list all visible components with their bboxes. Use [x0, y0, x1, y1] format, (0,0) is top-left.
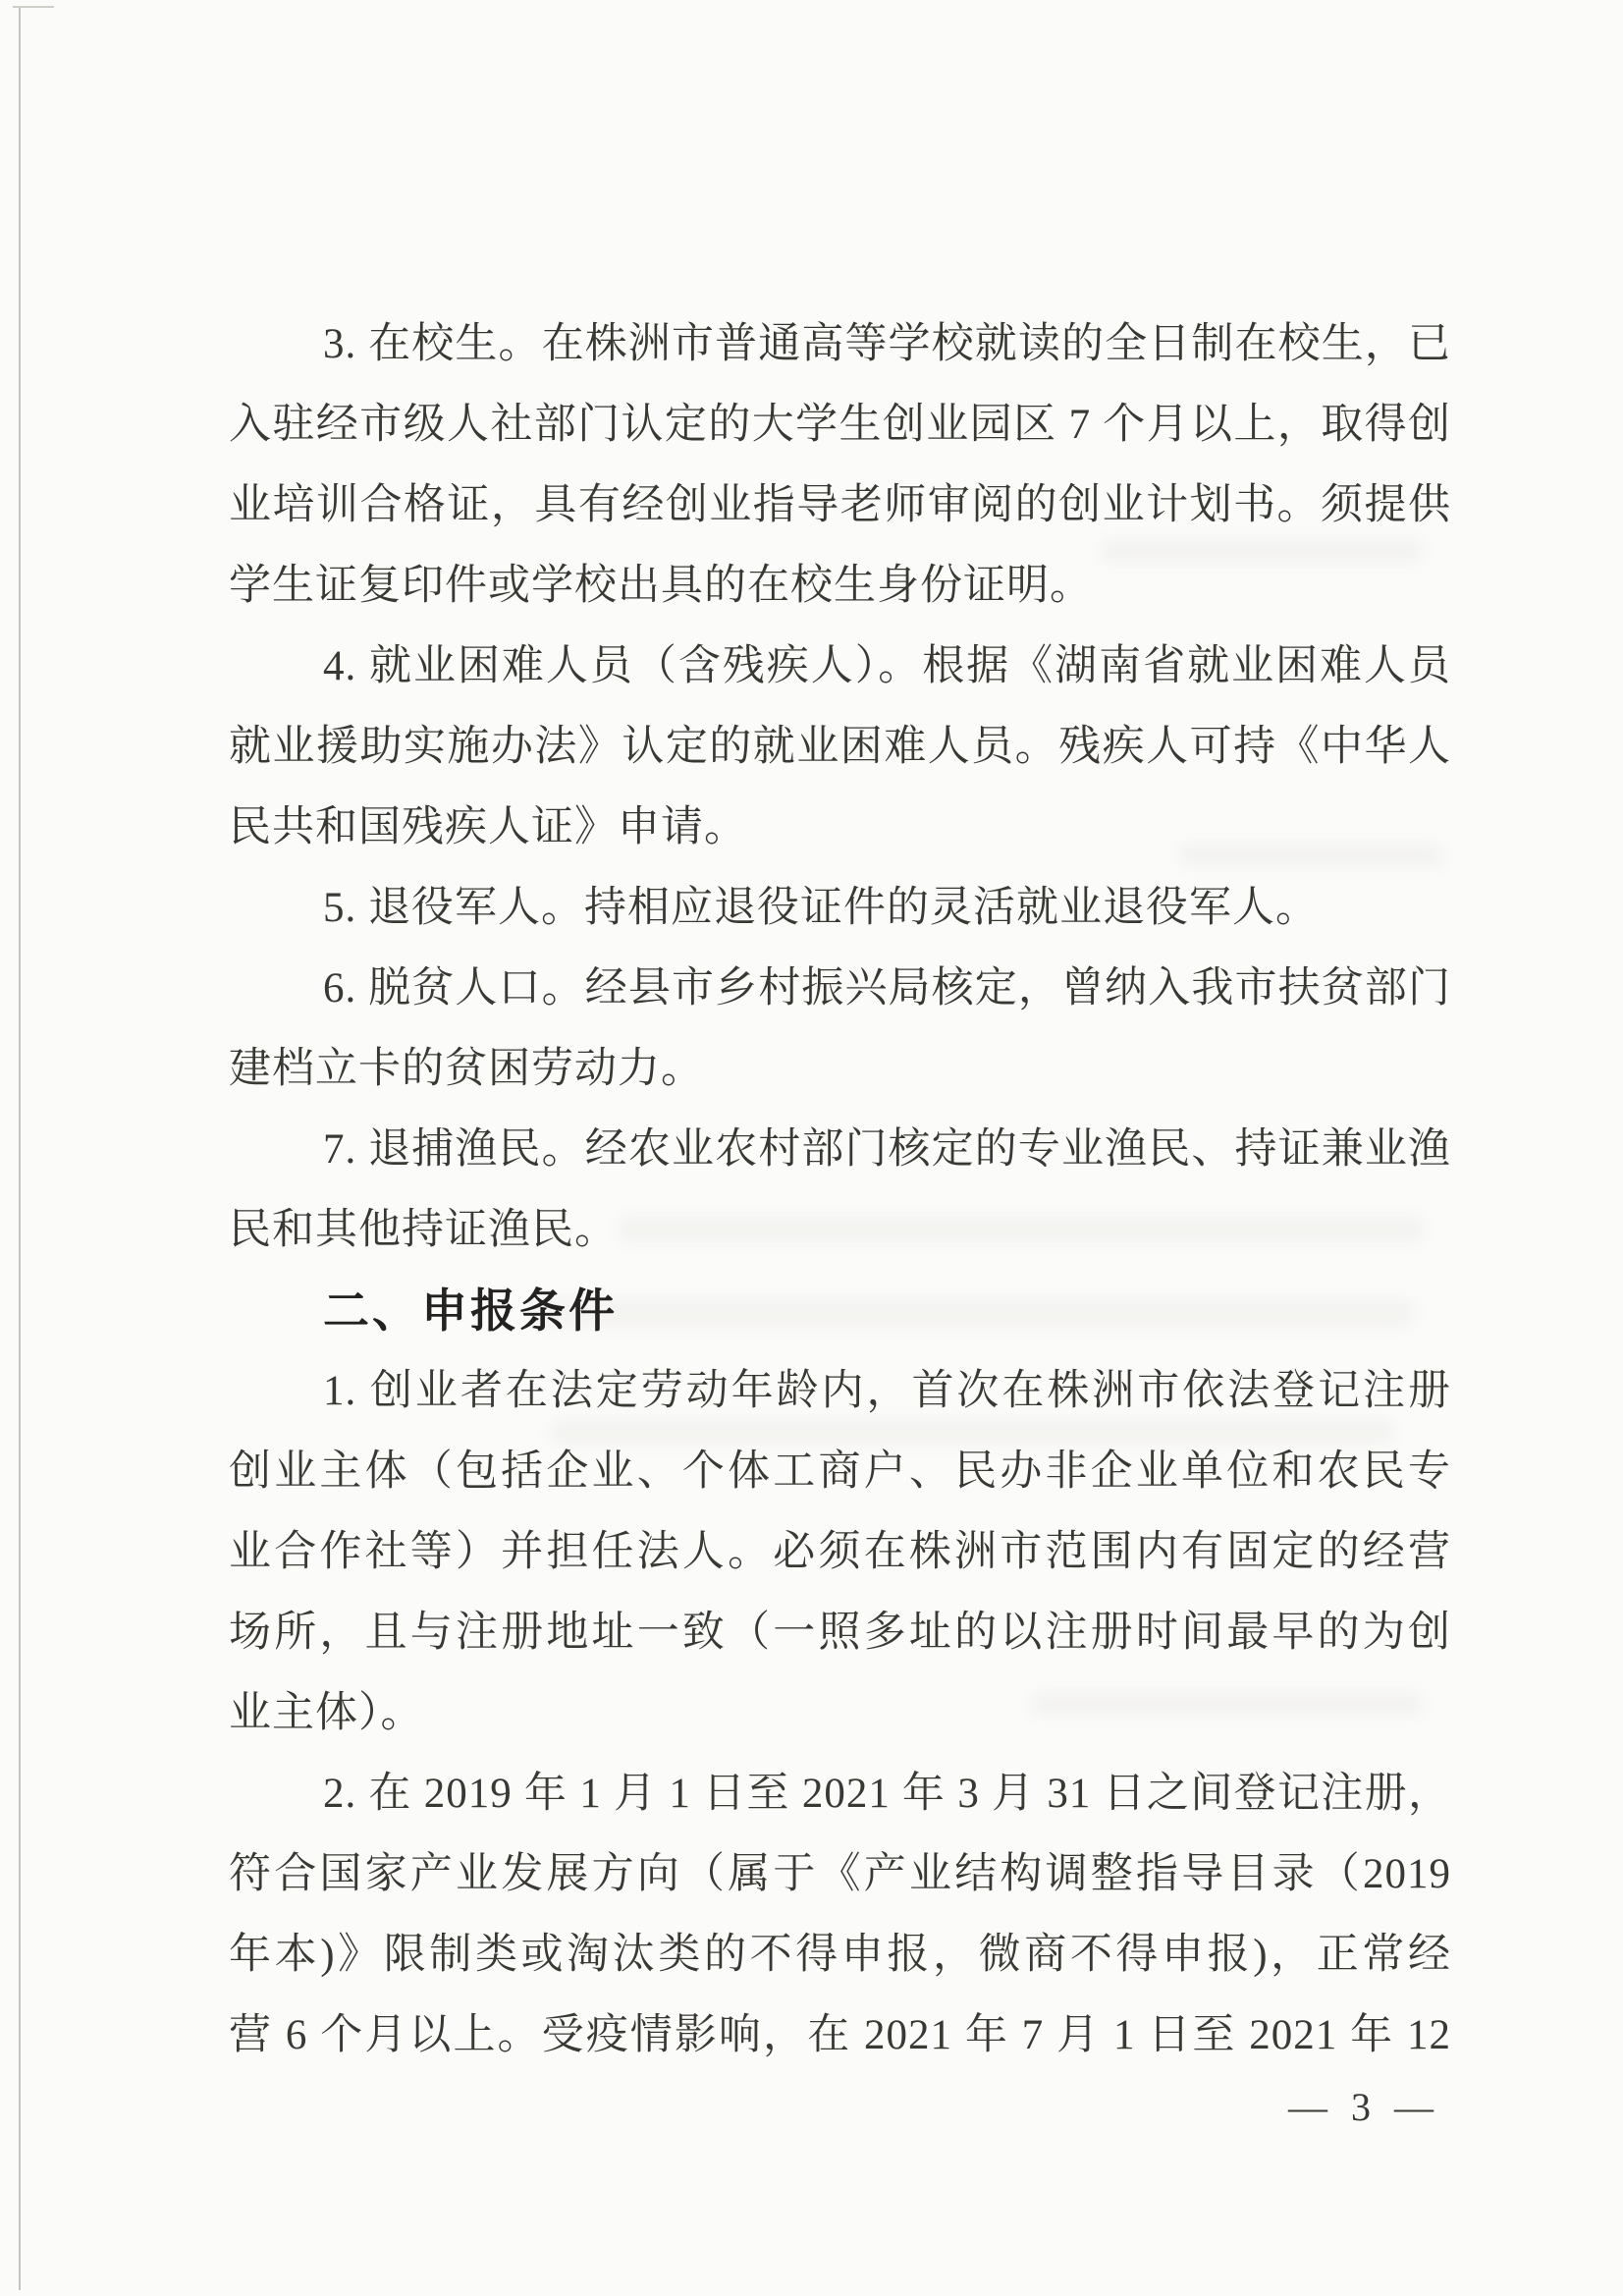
- text-line: 3. 在校生。在株洲市普通高等学校就读的全日制在校生，已: [229, 304, 1451, 385]
- text-line: 1. 创业者在法定劳动年龄内，首次在株洲市依法登记注册: [229, 1351, 1451, 1432]
- scanned-document-page: 3. 在校生。在株洲市普通高等学校就读的全日制在校生，已入驻经市级人社部门认定的…: [0, 0, 1623, 2296]
- text-line: 年本)》限制类或淘汰类的不得申报，微商不得申报)，正常经: [229, 1915, 1451, 1995]
- text-line: 2. 在 2019 年 1 月 1 日至 2021 年 3 月 31 日之间登记…: [229, 1754, 1451, 1834]
- text-line: 5. 退役军人。持相应退役证件的灵活就业退役军人。: [229, 868, 1451, 949]
- text-line: 业主体）。: [229, 1673, 1451, 1754]
- text-line: 创业主体（包括企业、个体工商户、民办非企业单位和农民专: [229, 1432, 1451, 1512]
- text-line: 业培训合格证，具有经创业指导老师审阅的创业计划书。须提供: [229, 465, 1451, 546]
- text-line: 7. 退捕渔民。经农业农村部门核定的专业渔民、持证兼业渔: [229, 1110, 1451, 1190]
- text-line: 符合国家产业发展方向（属于《产业结构调整指导目录（2019: [229, 1834, 1451, 1915]
- text-line: 入驻经市级人社部门认定的大学生创业园区 7 个月以上，取得创: [229, 385, 1451, 465]
- text-line: 6. 脱贫人口。经县市乡村振兴局核定，曾纳入我市扶贫部门: [229, 949, 1451, 1029]
- text-line: 营 6 个月以上。受疫情影响，在 2021 年 7 月 1 日至 2021 年 …: [229, 1995, 1451, 2076]
- scan-edge-artifact-horizontal: [13, 6, 54, 8]
- section-heading: 二、申报条件: [229, 1271, 1451, 1351]
- text-line: 4. 就业困难人员（含残疾人）。根据《湖南省就业困难人员: [229, 627, 1451, 707]
- text-line: 场所，且与注册地址一致（一照多址的以注册时间最早的为创: [229, 1593, 1451, 1673]
- text-line: 建档立卡的贫困劳动力。: [229, 1029, 1451, 1110]
- document-body: 3. 在校生。在株洲市普通高等学校就读的全日制在校生，已入驻经市级人社部门认定的…: [229, 304, 1451, 2076]
- page-number: — 3 —: [1288, 2084, 1440, 2130]
- text-line: 学生证复印件或学校出具的在校生身份证明。: [229, 546, 1451, 627]
- text-line: 民和其他持证渔民。: [229, 1190, 1451, 1271]
- text-line: 民共和国残疾人证》申请。: [229, 788, 1451, 868]
- text-line: 就业援助实施办法》认定的就业困难人员。残疾人可持《中华人: [229, 707, 1451, 788]
- text-line: 业合作社等）并担任法人。必须在株洲市范围内有固定的经营: [229, 1512, 1451, 1593]
- scan-edge-artifact-vertical: [19, 6, 21, 2290]
